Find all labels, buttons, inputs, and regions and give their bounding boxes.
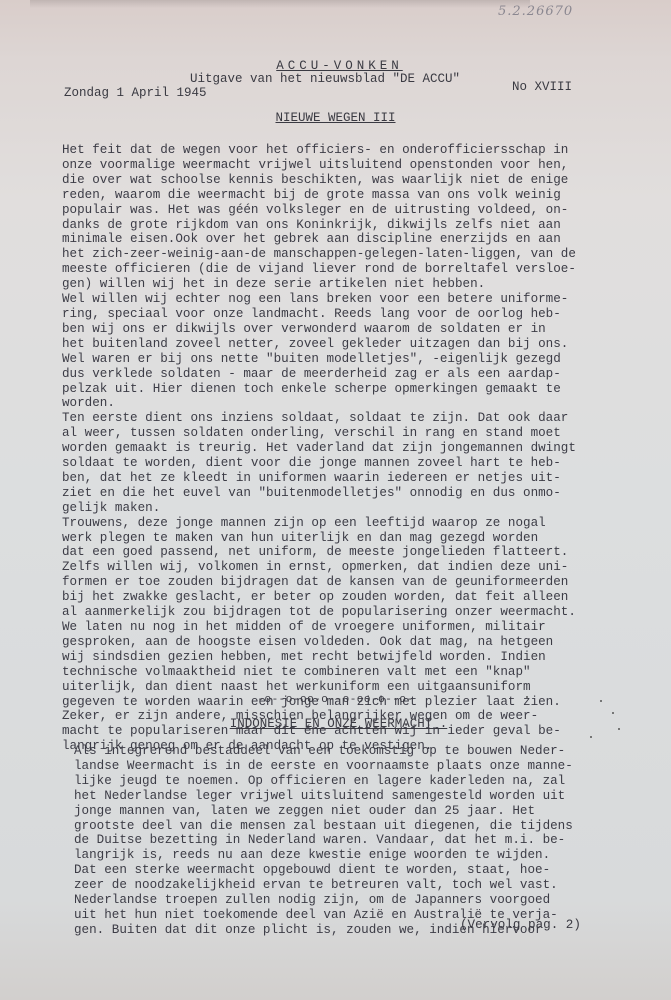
- text-line: uiterlijk, dan dient naast het werkunifo…: [62, 680, 642, 695]
- text-line: onze voormalige weermacht vrijwel uitslu…: [62, 158, 642, 173]
- text-line: minimale eisen.Ook over het gebrek aan d…: [62, 232, 642, 247]
- article-title-indonesie: INDONESIE EN ONZE WEERMACHT .: [0, 717, 671, 731]
- text-line: gesproken, aan de hoogste eisen voldeden…: [62, 635, 642, 650]
- text-line: worden.: [62, 396, 642, 411]
- ink-speck: [618, 728, 620, 730]
- text-line: wij sindsdien gezien hebben, met recht b…: [62, 650, 642, 665]
- text-line: werk plegen te maken van hun uiterlijk e…: [62, 531, 642, 546]
- text-line: die over wat schoolse kennis beschikten,…: [62, 173, 642, 188]
- text-line: danks de grote rijkdom van ons Koninkrij…: [62, 218, 642, 233]
- text-line: ziet en die het euvel van "buitenmodelle…: [62, 486, 642, 501]
- issue-date: Zondag 1 April 1945: [64, 86, 207, 100]
- ink-speck: [600, 700, 602, 702]
- ink-speck: [590, 736, 592, 738]
- text-line: Dat een sterke weermacht opgebouwd dient…: [74, 863, 654, 878]
- text-line: ben wij ons er dikwijls over verwonderd …: [62, 322, 642, 337]
- article-body-indonesie: Als integrerend bestaddeel van een toeko…: [74, 744, 654, 938]
- text-line: jonge mannen van, laten we zeggen niet o…: [74, 804, 654, 819]
- text-line: het zich-zeer-weinig-aan-de manschappen-…: [62, 247, 642, 262]
- text-line: gen) willen wij het in deze serie artike…: [62, 277, 642, 292]
- text-line: We laten nu nog in het midden of de vroe…: [62, 620, 642, 635]
- article-body-nieuwe-wegen: Het feit dat de wegen voor het officiers…: [62, 143, 642, 754]
- text-line: reden, waarom die weermacht bij de grote…: [62, 188, 642, 203]
- text-line: dat een goed passend, net uniform, de me…: [62, 545, 642, 560]
- text-line: bij het zwakke geslacht, er beter op zou…: [62, 590, 642, 605]
- text-line: het Nederlandse leger vrijwel uitsluiten…: [74, 789, 654, 804]
- text-line: soldaat te worden, dient voor die jonge …: [62, 456, 642, 471]
- text-line: Als integrerend bestaddeel van een toeko…: [74, 744, 654, 759]
- masthead-title: ACCU-VONKEN: [0, 59, 671, 73]
- continued-note: (Vervolg pag. 2): [460, 918, 581, 932]
- text-line: Zelfs willen wij, volkomen in ernst, opm…: [62, 560, 642, 575]
- text-line: worden gemaakt is treurig. Het vaderland…: [62, 441, 642, 456]
- ink-speck: [612, 712, 614, 714]
- text-line: pelzak uit. Hier dienen toch enkele sche…: [62, 382, 642, 397]
- text-line: technische volmaaktheid niet te combiner…: [62, 665, 642, 680]
- text-line: Ten eerste dient ons inziens soldaat, so…: [62, 411, 642, 426]
- text-line: populair was. Het was géén volksleger en…: [62, 203, 642, 218]
- text-line: de Duitse bezetting in Nederland waren. …: [74, 833, 654, 848]
- text-line: Nederlandse troepen zullen nodig zijn, o…: [74, 893, 654, 908]
- issue-number: No XVIII: [512, 80, 572, 94]
- scan-shadow: [30, 0, 530, 8]
- text-line: meeste officieren (die de vijand liever …: [62, 262, 642, 277]
- article-title-nieuwe-wegen: NIEUWE WEGEN III: [0, 111, 671, 125]
- text-line: ben, dat het ze kleedt in uniformen waar…: [62, 471, 642, 486]
- section-separator: -o--o-oo-o--o-oo-o--o-: [0, 694, 671, 706]
- text-line: formen er toe zouden bijdragen dat de ka…: [62, 575, 642, 590]
- text-line: lijke jeugd te noemen. Op officieren en …: [74, 774, 654, 789]
- text-line: Trouwens, deze jonge mannen zijn op een …: [62, 516, 642, 531]
- text-line: Het feit dat de wegen voor het officiers…: [62, 143, 642, 158]
- ink-speck: [526, 696, 528, 698]
- masthead-subtitle: Uitgave van het nieuwsblad "DE ACCU": [190, 72, 460, 86]
- text-line: gelijk maken.: [62, 501, 642, 516]
- text-line: al weer, tussen soldaten onderling, vers…: [62, 426, 642, 441]
- text-line: Wel willen wij echter nog een lans breke…: [62, 292, 642, 307]
- text-line: al aanmerkelijk zou bijdragen tot de pop…: [62, 605, 642, 620]
- text-line: landse Weermacht is in de eerste en voor…: [74, 759, 654, 774]
- document-page: 5.2.26670 ACCU-VONKEN Uitgave van het ni…: [0, 0, 671, 1000]
- text-line: langrijk is, reeds nu aan deze kwestie e…: [74, 848, 654, 863]
- text-line: ring, speciaal voor onze landmacht. Reed…: [62, 307, 642, 322]
- archive-number: 5.2.26670: [498, 4, 573, 19]
- text-line: Wel waren er bij ons nette "buiten model…: [62, 352, 642, 367]
- text-line: dus verklede soldaten - maar de meerderh…: [62, 367, 642, 382]
- text-line: zeer de noodzakelijkheid ervan te betreu…: [74, 878, 654, 893]
- text-line: het buitenland zoveel netter, zoveel gek…: [62, 337, 642, 352]
- text-line: grootste deel van die mensen zal bestaan…: [74, 819, 654, 834]
